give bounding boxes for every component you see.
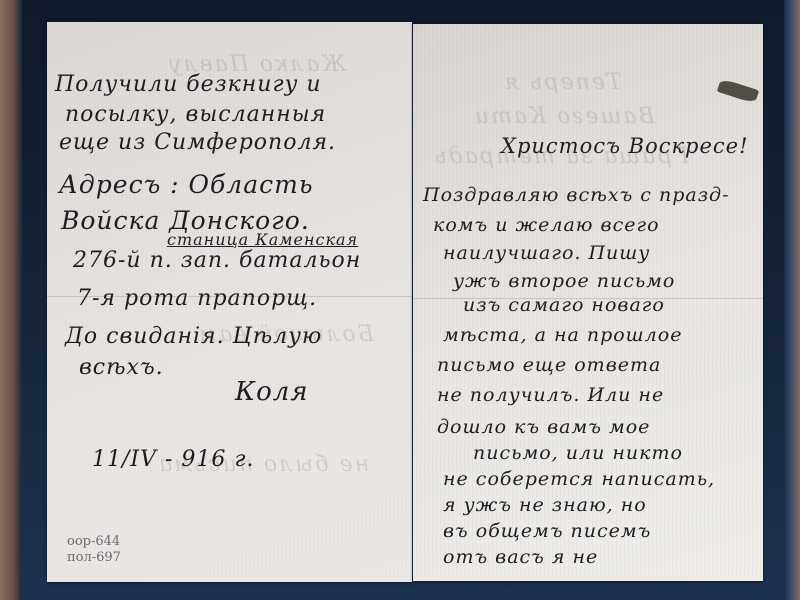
letter-line: изъ самаго новаго xyxy=(463,294,665,316)
letter-line: Адресъ : Область xyxy=(59,170,313,199)
letter-line: посылку, высланныя xyxy=(65,102,326,127)
letter-line: наилучшаго. Пишу xyxy=(443,242,650,264)
letter-line: отъ васъ я не xyxy=(443,546,598,568)
letter-line: письмо, или никто xyxy=(473,442,683,464)
letter-line: Получили безкнигу и xyxy=(55,72,322,97)
letter-line: не получилъ. Или не xyxy=(437,384,664,406)
letter-left-page: Жалко Павлу Большой вам не было письма П… xyxy=(47,22,412,582)
archive-mark: оор-644 xyxy=(67,534,120,549)
bleed-through-text: Вашего Кати xyxy=(473,104,655,129)
letter-greeting: Христосъ Воскресе! xyxy=(501,134,749,158)
table-surface-left xyxy=(0,0,22,600)
letter-line: мѣста, а на прошлое xyxy=(443,324,682,346)
letter-right-page: Теперь я Вашего Кати Гриша за тетрадь Хр… xyxy=(413,24,763,581)
letter-line: дошло къ вамъ мое xyxy=(437,416,650,438)
signature: Коля xyxy=(235,377,309,407)
archive-mark: пол-697 xyxy=(67,550,121,565)
letter-line: всѣхъ. xyxy=(79,355,164,380)
letter-line: комъ и желаю всего xyxy=(433,214,660,236)
letter-line: еще из Симферополя. xyxy=(59,130,336,155)
letter-line: письмо еще ответа xyxy=(437,354,661,376)
letter-line: 7-я рота прапорщ. xyxy=(77,286,317,311)
letter-line: 276-й п. зап. батальон xyxy=(73,248,361,273)
letter-line: ужъ второе письмо xyxy=(453,270,675,292)
letter-line: не соберется написать, xyxy=(443,468,715,490)
letter-line: Поздравляю всѣхъ с празд- xyxy=(423,184,730,206)
letter-line-station: станица Каменская xyxy=(167,230,358,249)
letter-line: въ общемъ писемъ xyxy=(443,520,651,542)
letter-line: я ужъ не знаю, но xyxy=(443,494,647,516)
ink-stain xyxy=(717,78,759,104)
letter-line: До свиданія. Цѣлую xyxy=(65,324,322,349)
table-surface-right xyxy=(782,0,800,600)
letter-date: 11/IV - 916 г. xyxy=(92,447,255,472)
bleed-through-text: Теперь я xyxy=(503,70,622,95)
